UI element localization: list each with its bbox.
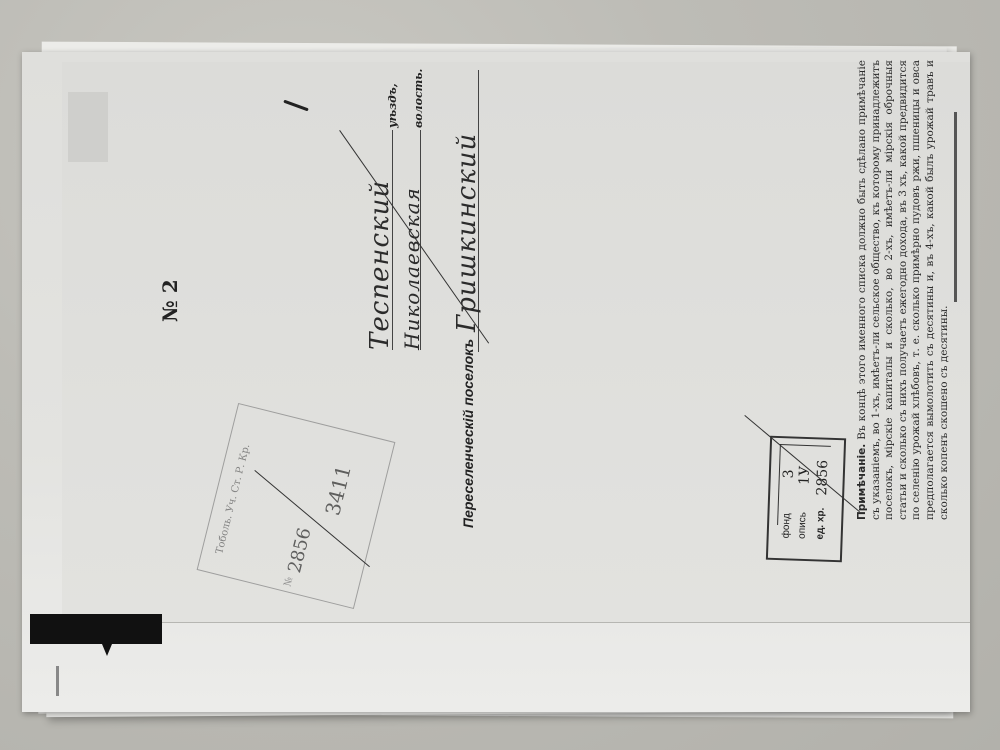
scan-artifact — [68, 92, 108, 162]
settlement-label: Переселенческій поселокъ — [460, 339, 476, 528]
uyezd-underline — [392, 130, 393, 350]
note-paragraph: Примѣчаніе. Въ концѣ этого именного спис… — [856, 60, 951, 520]
fond-value: 3 — [781, 469, 797, 478]
old-stamp-number-label: № — [282, 576, 295, 588]
note-text: Въ концѣ этого именного списка должно бы… — [856, 60, 950, 520]
volost-label: волость. — [412, 69, 425, 128]
note-title: Примѣчаніе. — [856, 444, 868, 520]
redaction-tip — [102, 644, 112, 656]
opis-value: 1У — [796, 466, 813, 486]
redaction-bar — [30, 614, 162, 644]
uyezd-label: уѣздъ, — [386, 83, 399, 128]
old-stamp-section: 3411 — [320, 463, 356, 518]
page-number: № 2 — [158, 279, 182, 322]
old-stamp-number: 2856 — [284, 526, 315, 576]
volost-underline — [420, 130, 421, 350]
staple-pin — [56, 666, 59, 696]
ed-khr-value: 2856 — [814, 460, 831, 496]
fond-label: фонд — [781, 513, 793, 539]
archive-stamp: фонд 3 опись 1У ед. хр. 2856 — [766, 436, 846, 563]
page-edge-line — [954, 112, 957, 302]
document-page — [22, 52, 970, 712]
settlement-value: Гришкинский — [452, 133, 482, 332]
opis-label: опись — [797, 512, 809, 539]
ed-khr-label: ед. хр. — [815, 507, 827, 539]
uyezd-value: Теспенский — [365, 180, 395, 350]
